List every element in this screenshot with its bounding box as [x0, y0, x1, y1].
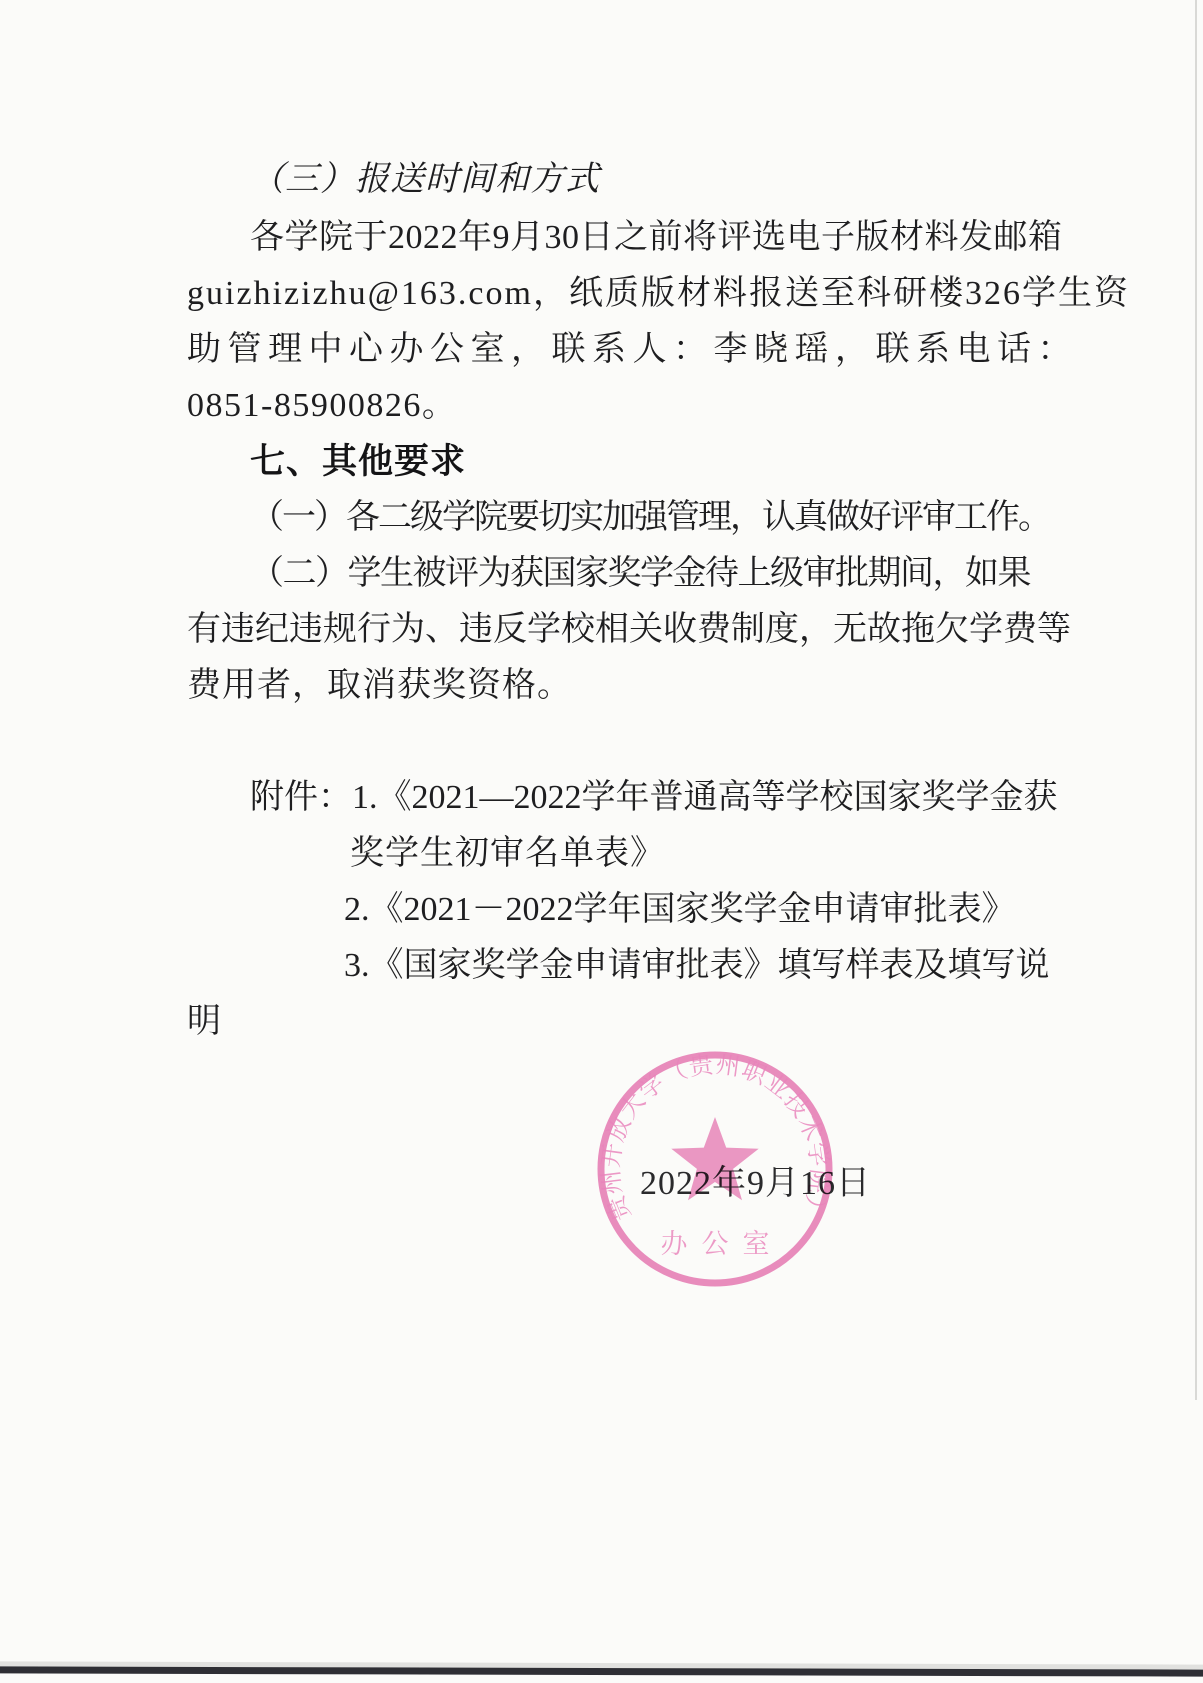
body-line-email: guizhizizhu@163.com，纸质版材料报送至科研楼326学生资 — [187, 267, 1130, 321]
body-line: 费用者，取消获奖资格。 — [187, 659, 572, 713]
section-heading-line: （三）报送时间和方式 — [250, 153, 600, 207]
scan-edge-right — [1195, 0, 1197, 1400]
attachment-line-1-wrap: 奖学生初审名单表》 — [350, 827, 665, 881]
body-line: （二）学生被评为获国家奖学金待上级审批期间，如果 — [250, 547, 1030, 601]
body-line-contact: 助管理中心办公室，联系人：李晓瑶，联系电话： — [187, 323, 1078, 377]
body-line: （一）各二级学院要切实加强管理，认真做好评审工作。 — [250, 491, 1050, 545]
scanned-document-page: （三）报送时间和方式 各学院于2022年9月30日之前将评选电子版材料发邮箱 g… — [0, 0, 1203, 1683]
seal-office-text: 办公室 — [661, 1229, 784, 1259]
body-line: 有违纪违规行为、违反学校相关收费制度，无故拖欠学费等 — [187, 603, 1071, 657]
attachment-line-1: 附件：1.《2021—2022学年普通高等学校国家奖学金获 — [250, 771, 1058, 825]
attachment-line-2: 2.《2021－2022学年国家奖学金申请审批表》 — [344, 883, 1016, 937]
attachment-line-3-wrap: 明 — [187, 995, 221, 1049]
body-line-phone: 0851-85900826。 — [187, 379, 457, 433]
section-heading-other-requirements: 七、其他要求 — [250, 435, 466, 489]
attachment-line-3: 3.《国家奖学金申请审批表》填写样表及填写说 — [344, 939, 1050, 993]
official-seal: 贵州开放大学（贵州职业技术学院） 办公室 — [594, 1048, 836, 1290]
star-icon — [671, 1117, 758, 1200]
body-line: 各学院于2022年9月30日之前将评选电子版材料发邮箱 — [250, 211, 1063, 265]
